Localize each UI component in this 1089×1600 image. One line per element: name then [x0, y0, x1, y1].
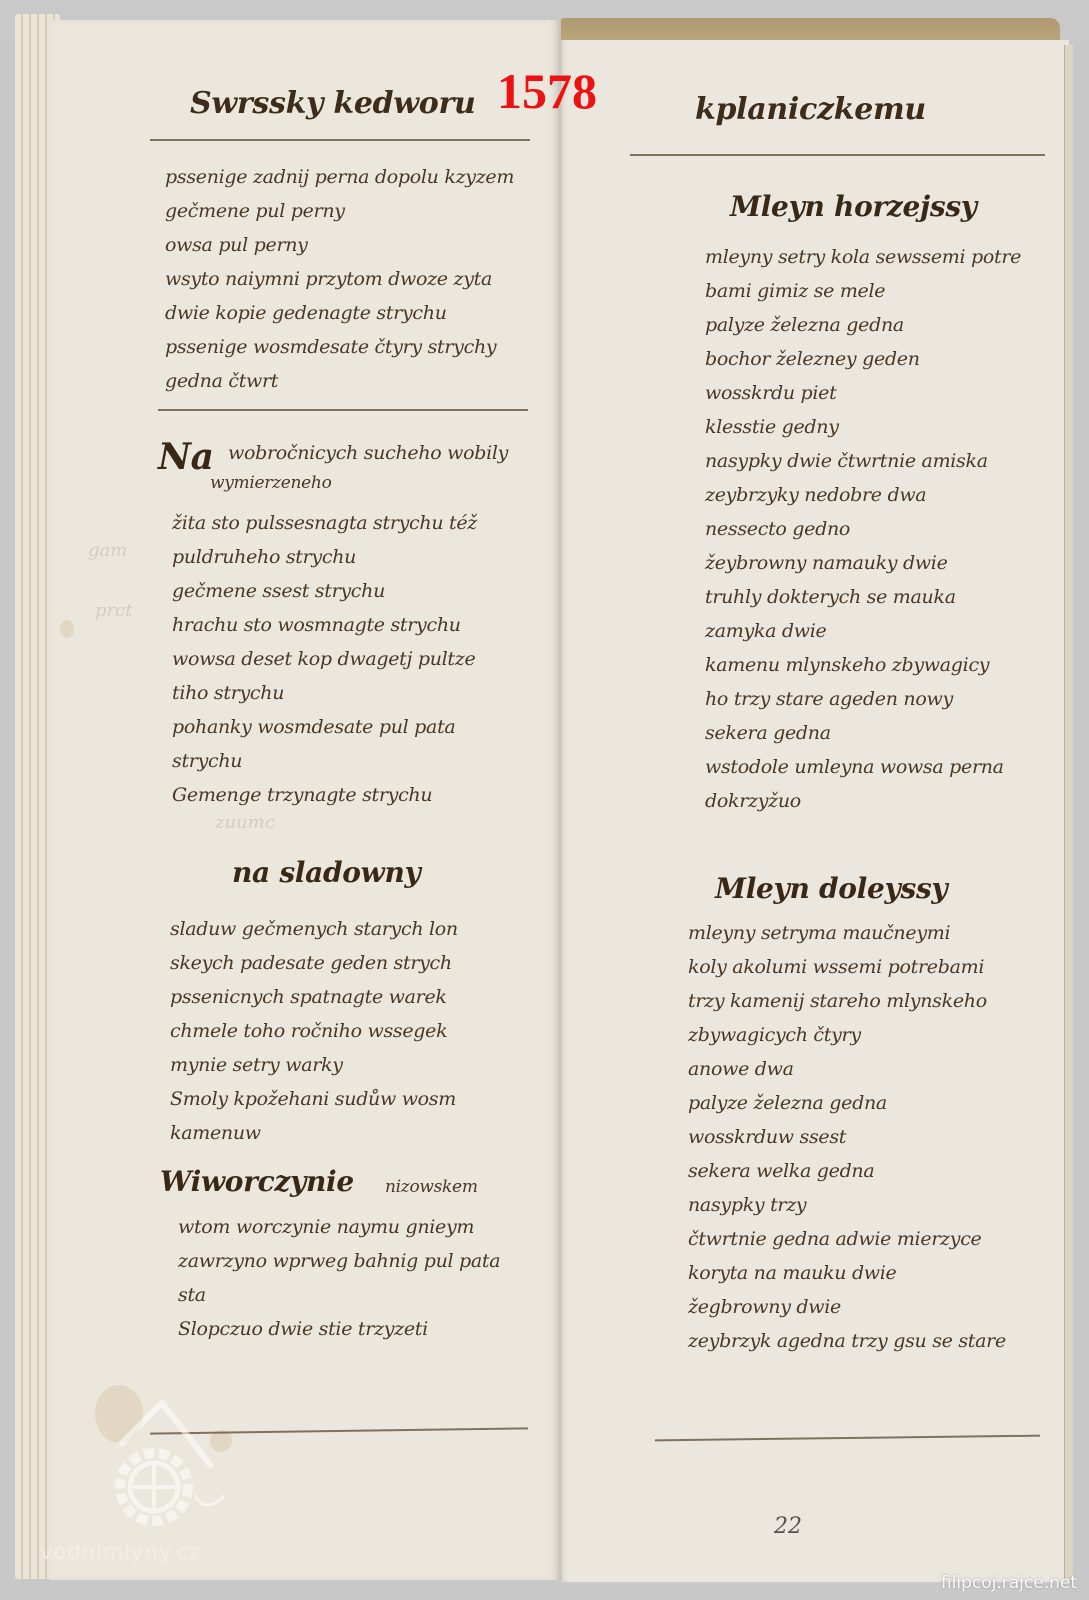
watermill-logo-icon — [100, 1395, 230, 1535]
watermark-site: vodnimlyny.cz — [40, 1540, 201, 1564]
text-line: nasypky dwie čtwrtnie amiska — [705, 444, 1021, 478]
text-line: skeych padesate geden strych — [170, 946, 458, 980]
text-line: sekera welka gedna — [688, 1154, 1006, 1188]
header-rule — [630, 154, 1045, 156]
section-heading: Mleyn doleyssy — [715, 872, 947, 905]
text-line: zeybrzyky nedobre dwa — [705, 478, 1021, 512]
text-line: čtwrtnie gedna adwie mierzyce — [688, 1222, 1006, 1256]
section-heading-cont: wymierzeneho — [210, 466, 332, 500]
text-line: wsyto naiymni przytom dwoze zyta — [165, 262, 514, 296]
text-line: sta — [178, 1278, 500, 1312]
right-section1-lines: mleyny setry kola sewssemi potre bami gi… — [705, 240, 1021, 818]
right-page-header: kplaniczkemu — [695, 92, 926, 127]
left-page-header: Swrssky kedworu — [190, 86, 476, 121]
section-heading: Wiworczynie — [160, 1165, 354, 1198]
text-line: mleyny setryma maučneymi — [688, 916, 1006, 950]
watermark-credit: filipcoj.rajce.net — [941, 1573, 1077, 1593]
text-line: nessecto gedno — [705, 512, 1021, 546]
year-label: 1578 — [497, 62, 597, 120]
text-line: nasypky trzy — [688, 1188, 1006, 1222]
left-section3-lines: sladuw gečmenych starych lon skeych pade… — [170, 912, 458, 1150]
text-line: trzy kamenij stareho mlynskeho — [688, 984, 1006, 1018]
page-edge — [1064, 45, 1073, 1580]
text-line: chmele toho ročniho wssegek — [170, 1014, 458, 1048]
text-line: sekera gedna — [705, 716, 1021, 750]
text-line: pssenige wosmdesate čtyry strychy — [165, 330, 514, 364]
page-number: 22 — [774, 1514, 802, 1539]
text-line: zeybrzyk agedna trzy gsu se stare — [688, 1324, 1006, 1358]
bleed-through-text: zuumc — [215, 812, 275, 833]
text-line: pssenicnych spatnagte warek — [170, 980, 458, 1014]
text-line: koly akolumi wssemi potrebami — [688, 950, 1006, 984]
text-line: bochor železney geden — [705, 342, 1021, 376]
text-line: Slopczuo dwie stie trzyzeti — [178, 1312, 500, 1346]
text-line: žeybrowny namauky dwie — [705, 546, 1021, 580]
section-heading: wobročnicych sucheho wobily — [228, 436, 508, 470]
left-section2-lines: žita sto pulssesnagta strychu též puldru… — [172, 506, 477, 812]
right-section2-lines: mleyny setryma maučneymi koly akolumi ws… — [688, 916, 1006, 1358]
text-line: žita sto pulssesnagta strychu též — [172, 506, 477, 540]
text-line: anowe dwa — [688, 1052, 1006, 1086]
header-rule — [150, 139, 530, 141]
bleed-through-text: prct — [95, 600, 132, 621]
text-line: puldruheho strychu — [172, 540, 477, 574]
text-line: wosskrduw ssest — [688, 1120, 1006, 1154]
text-line: gečmene ssest strychu — [172, 574, 477, 608]
text-line: mleyny setry kola sewssemi potre — [705, 240, 1021, 274]
text-line: hrachu sto wosmnagte strychu — [172, 608, 477, 642]
text-line: bami gimiz se mele — [705, 274, 1021, 308]
text-line: truhly dokterych se mauka — [705, 580, 1021, 614]
text-line: tiho strychu — [172, 676, 477, 710]
text-line: gedna čtwrt — [165, 364, 514, 398]
left-block1: pssenige zadnij perna dopolu kzyzem gečm… — [165, 160, 514, 398]
section-rule — [158, 409, 528, 411]
text-line: gečmene pul perny — [165, 194, 514, 228]
text-line: dwie kopie gedenagte strychu — [165, 296, 514, 330]
text-line: koryta na mauku dwie — [688, 1256, 1006, 1290]
text-line: kamenuw — [170, 1116, 458, 1150]
text-line: zawrzyno wprweg bahnig pul pata — [178, 1244, 500, 1278]
text-line: wowsa deset kop dwagetj pultze — [172, 642, 477, 676]
text-line: mynie setry warky — [170, 1048, 458, 1082]
text-line: zamyka dwie — [705, 614, 1021, 648]
text-line: Smoly kpožehani sudůw wosm — [170, 1082, 458, 1116]
section-heading: Mleyn horzejssy — [730, 190, 977, 223]
left-section4-lines: wtom worczynie naymu gnieym zawrzyno wpr… — [178, 1210, 500, 1346]
text-line: palyze železna gedna — [705, 308, 1021, 342]
stain — [60, 620, 74, 638]
text-line: palyze železna gedna — [688, 1086, 1006, 1120]
text-line: wtom worczynie naymu gnieym — [178, 1210, 500, 1244]
text-line: wstodole umleyna wowsa perna — [705, 750, 1021, 784]
bleed-through-text: gam — [88, 540, 127, 561]
text-line: ho trzy stare ageden nowy — [705, 682, 1021, 716]
text-line: sladuw gečmenych starych lon — [170, 912, 458, 946]
text-line: Gemenge trzynagte strychu — [172, 778, 477, 812]
text-line: kamenu mlynskeho zbywagicy — [705, 648, 1021, 682]
text-line: žegbrowny dwie — [688, 1290, 1006, 1324]
text-line: owsa pul perny — [165, 228, 514, 262]
text-line: strychu — [172, 744, 477, 778]
text-line: pohanky wosmdesate pul pata — [172, 710, 477, 744]
text-line: pssenige zadnij perna dopolu kzyzem — [165, 160, 514, 194]
section-heading-initial: Na — [158, 436, 214, 478]
section-heading-cont: nizowskem — [385, 1170, 478, 1204]
text-line: klesstie gedny — [705, 410, 1021, 444]
text-line: wosskrdu piet — [705, 376, 1021, 410]
section-heading: na sladowny — [232, 856, 420, 889]
text-line: dokrzyžuo — [705, 784, 1021, 818]
text-line: zbywagicych čtyry — [688, 1018, 1006, 1052]
